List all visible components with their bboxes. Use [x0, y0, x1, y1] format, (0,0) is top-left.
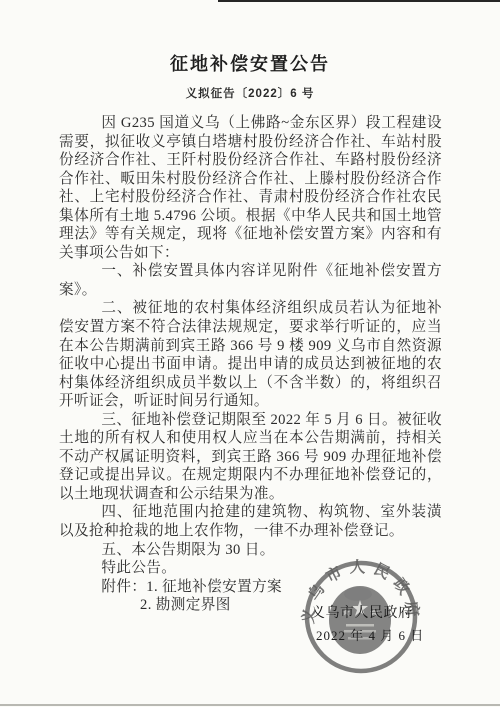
- scan-artifact-top-edge: [218, 0, 500, 2]
- document-body: 因 G235 国道义乌（上佛路~金东区界）段工程建设需要，拟征收义亭镇白塔塘村股…: [59, 114, 442, 615]
- scan-artifact-bottom-edge: [0, 704, 500, 706]
- issue-date: 2022 年 4 月 6 日: [316, 625, 426, 644]
- issuer-signature: 义乌市人民政府: [311, 602, 421, 622]
- paragraph: 三、征地补偿登记期限至 2022 年 5 月 6 日。被征收土地的所有权人和使用…: [59, 411, 442, 504]
- document-number: 义拟征告〔2022〕6 号: [0, 85, 500, 101]
- paragraph: 四、征地范围内抢建的建筑物、构筑物、室外装潢以及抢种抢栽的地上农作物，一律不办理…: [59, 503, 442, 540]
- document-title: 征地补偿安置公告: [0, 0, 500, 76]
- paragraph: 因 G235 国道义乌（上佛路~金东区界）段工程建设需要，拟征收义亭镇白塔塘村股…: [59, 114, 442, 262]
- signature-block: 义乌市人民政府 义乌市人民政府 2022 年 4 月 6 日: [296, 556, 426, 678]
- announcement-document: 征地补偿安置公告 义拟征告〔2022〕6 号 因 G235 国道义乌（上佛路~金…: [0, 0, 500, 707]
- paragraph: 一、补偿安置具体内容详见附件《征地补偿安置方案》。: [59, 262, 442, 299]
- paragraph: 二、被征地的农村集体经济组织成员若认为征地补偿安置方案不符合法律法规规定，要求举…: [59, 299, 442, 410]
